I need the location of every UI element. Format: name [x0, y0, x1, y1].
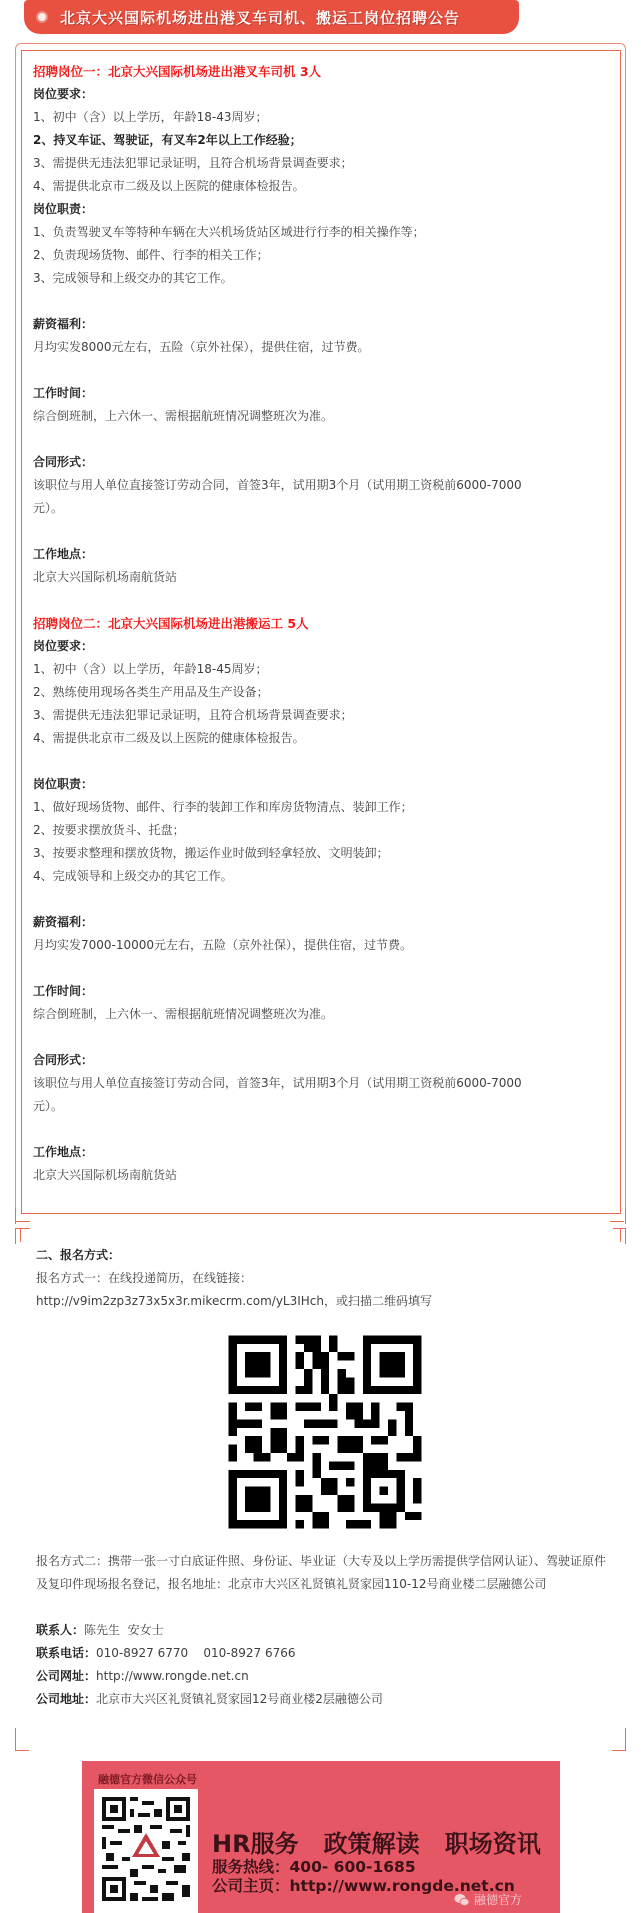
requirement-item: 2、持叉车证、驾驶证，有叉车2年以上工作经验； [33, 129, 613, 152]
registration-link[interactable]: http://v9im2zp3z73x5x3r.mikecrm.com/yL3I… [36, 1294, 324, 1308]
wechat-banner: 融德官方微信公众号 HR服务 政策解读 职场资讯 服务热线：400- 600-1… [82, 1761, 560, 1913]
wechat-icon [454, 1893, 470, 1907]
requirement-item: 4、需提供北京市二级及以上医院的健康体检报告。 [33, 727, 613, 750]
location-heading: 工作地点： [33, 1141, 613, 1164]
company-address: 北京市大兴区礼贤镇礼贤家园12号商业楼2层融德公司 [96, 1692, 383, 1706]
duty-item: 1、负责驾驶叉车等特种车辆在大兴机场货站区域进行行李的相关操作等； [33, 221, 613, 244]
registration-method-1: 报名方式一：在线投递简历，在线链接： [36, 1267, 606, 1290]
duties-heading: 岗位职责： [33, 773, 613, 796]
contract-text-cont: 元）。 [33, 1095, 613, 1118]
salary-text: 月均实发7000-10000元左右，五险（京外社保），提供住宿，过节费。 [33, 934, 613, 957]
position-title: 招聘岗位一：北京大兴国际机场进出港叉车司机 3人 [33, 60, 613, 83]
position-1: 招聘岗位一：北京大兴国际机场进出港叉车司机 3人 岗位要求： 1、初中（含）以上… [33, 60, 613, 612]
contact-person-label: 联系人： [36, 1623, 84, 1637]
salary-heading: 薪资福利： [33, 911, 613, 934]
company-website-link[interactable]: http://www.rongde.net.cn [96, 1669, 249, 1683]
registration-heading: 二、报名方式： [36, 1244, 606, 1267]
position-2: 招聘岗位二：北京大兴国际机场进出港搬运工 5人 岗位要求： 1、初中（含）以上学… [33, 612, 613, 1187]
contact-person: 陈先生 安女士 [84, 1623, 164, 1637]
requirement-item: 1、初中（含）以上学历，年龄18-45周岁； [33, 658, 613, 681]
positions-content: 招聘岗位一：北京大兴国际机场进出港叉车司机 3人 岗位要求： 1、初中（含）以上… [33, 60, 613, 1187]
location-text: 北京大兴国际机场南航货站 [33, 566, 613, 589]
requirement-item: 1、初中（含）以上学历，年龄18-43周岁； [33, 106, 613, 129]
duty-item: 1、做好现场货物、邮件、行李的装卸工作和库房货物清点、装卸工作； [33, 796, 613, 819]
requirements-heading: 岗位要求： [33, 635, 613, 658]
registration-method-2: 报名方式二：携带一张一寸白底证件照、身份证、毕业证（大专及以上学历需提供学信网认… [36, 1550, 606, 1596]
contact-phone-label: 联系电话： [36, 1646, 96, 1660]
announcement-title: 北京大兴国际机场进出港叉车司机、搬运工岗位招聘公告 [60, 7, 460, 28]
requirements-heading: 岗位要求： [33, 83, 613, 106]
duty-item: 3、完成领导和上级交办的其它工作。 [33, 267, 613, 290]
hours-heading: 工作时间： [33, 980, 613, 1003]
salary-heading: 薪资福利： [33, 313, 613, 336]
position-title: 招聘岗位二：北京大兴国际机场进出港搬运工 5人 [33, 612, 613, 635]
requirement-item: 2、熟练使用现场各类生产用品及生产设备； [33, 681, 613, 704]
hours-heading: 工作时间： [33, 382, 613, 405]
company-address-label: 公司地址： [36, 1692, 96, 1706]
requirement-item: 3、需提供无违法犯罪记录证明，且符合机场背景调查要求； [33, 152, 613, 175]
announcement-header: 北京大兴国际机场进出港叉车司机、搬运工岗位招聘公告 [24, 0, 519, 34]
hours-text: 综合倒班制，上六休一、需根据航班情况调整班次为准。 [33, 405, 613, 428]
contract-text-cont: 元）。 [33, 497, 613, 520]
banner-slogan: HR服务 政策解读 职场资讯 [212, 1824, 541, 1859]
registration-qr-code[interactable] [220, 1327, 430, 1537]
duty-item: 2、按要求摆放货斗、托盘； [33, 819, 613, 842]
contact-phone: 010-8927 6770 010-8927 6766 [96, 1646, 296, 1660]
contract-heading: 合同形式： [33, 451, 613, 474]
contract-heading: 合同形式： [33, 1049, 613, 1072]
duty-item: 3、按要求整理和摆放货物，搬运作业时做到轻拿轻放、文明装卸； [33, 842, 613, 865]
company-website-label: 公司网址： [36, 1669, 96, 1683]
location-text: 北京大兴国际机场南航货站 [33, 1164, 613, 1187]
registration-link-suffix: ，或扫描二维码填写 [324, 1294, 432, 1308]
bullet-icon [38, 13, 46, 21]
hours-text: 综合倒班制，上六休一、需根据航班情况调整班次为准。 [33, 1003, 613, 1026]
salary-text: 月均实发8000元左右，五险（京外社保），提供住宿，过节费。 [33, 336, 613, 359]
qr-code-icon [220, 1327, 430, 1537]
banner-label: 融德官方微信公众号 [98, 1771, 197, 1787]
wechat-qr-code[interactable] [94, 1789, 198, 1913]
banner-wechat: 融德官方 [454, 1891, 522, 1908]
requirement-item: 3、需提供无违法犯罪记录证明，且符合机场背景调查要求； [33, 704, 613, 727]
duty-item: 4、完成领导和上级交办的其它工作。 [33, 865, 613, 888]
duties-heading: 岗位职责： [33, 198, 613, 221]
registration-method-2-block: 报名方式二：携带一张一寸白底证件照、身份证、毕业证（大专及以上学历需提供学信网认… [36, 1550, 606, 1711]
duty-item: 2、负责现场货物、邮件、行李的相关工作； [33, 244, 613, 267]
contract-text: 该职位与用人单位直接签订劳动合同，首签3年，试用期3个月（试用期工资税前6000… [33, 474, 613, 497]
registration-section: 二、报名方式： 报名方式一：在线投递简历，在线链接： http://v9im2z… [36, 1244, 606, 1313]
wechat-qr-icon [94, 1789, 198, 1913]
requirement-item: 4、需提供北京市二级及以上医院的健康体检报告。 [33, 175, 613, 198]
wechat-account-name: 融德官方 [474, 1891, 522, 1908]
contract-text: 该职位与用人单位直接签订劳动合同，首签3年，试用期3个月（试用期工资税前6000… [33, 1072, 613, 1095]
location-heading: 工作地点： [33, 543, 613, 566]
